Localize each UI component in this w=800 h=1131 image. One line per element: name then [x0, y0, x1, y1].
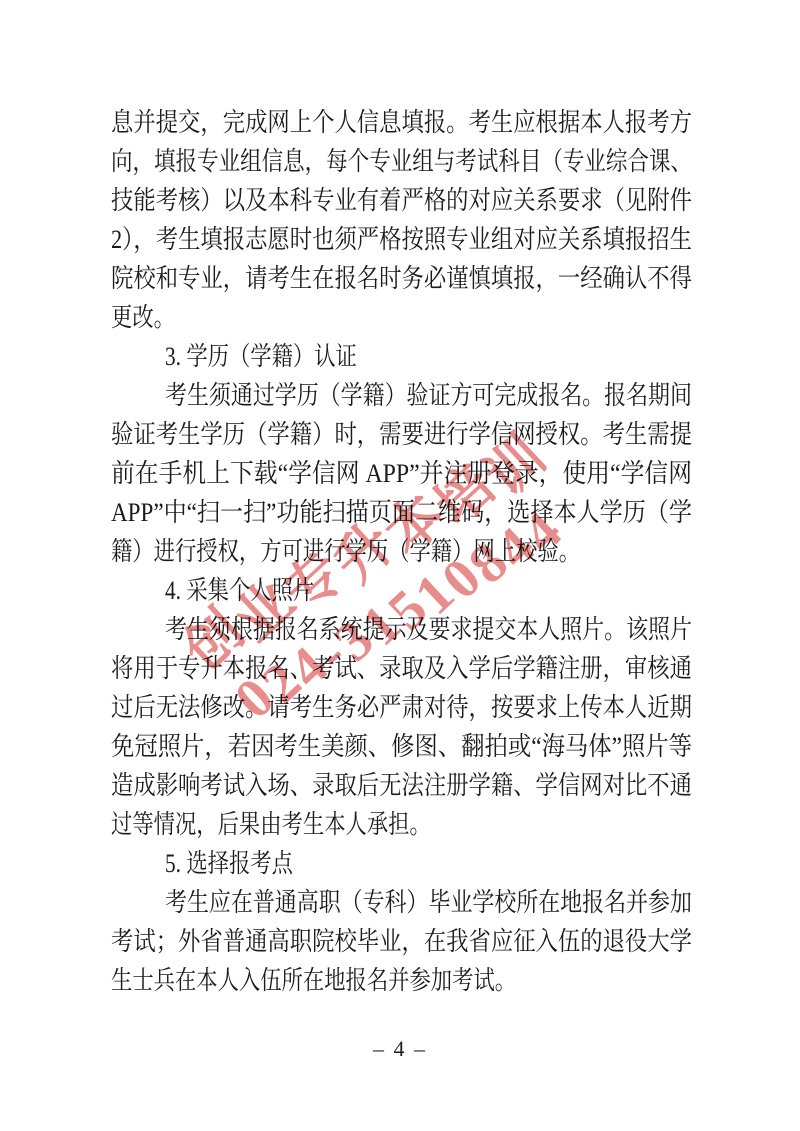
- body-text-line: 籍）进行授权，方可进行学历（学籍）网上校验。: [111, 532, 692, 571]
- line-text: 考试；外省普通高职院校毕业，在我省应征入伍的退役大学: [111, 922, 692, 961]
- body-text-line: 考生须通过学历（学籍）验证方可完成报名。报名期间: [111, 376, 692, 415]
- body-text-line: 过后无法修改。请考生务必严肃对待，按要求上传本人近期: [111, 688, 692, 727]
- section-heading-line: 5. 选择报考点: [111, 844, 692, 883]
- line-text: 考生应在普通高职（专科）毕业学校所在地报名并参加: [165, 883, 692, 922]
- line-text: 向，填报专业组信息，每个专业组与考试科目（专业综合课、: [111, 142, 692, 181]
- line-text: 籍）进行授权，方可进行学历（学籍）网上校验。: [111, 532, 580, 571]
- body-text-line: 考生须根据报名系统提示及要求提交本人照片。该照片: [111, 610, 692, 649]
- line-text: APP”中“扫一扫”功能扫描页面二维码，选择本人学历（学: [111, 493, 692, 532]
- line-text: 过后无法修改。请考生务必严肃对待，按要求上传本人近期: [111, 688, 692, 727]
- line-text: 生士兵在本人入伍所在地报名并参加考试。: [111, 961, 516, 1000]
- heading-text: 3. 学历（学籍）认证: [165, 337, 357, 376]
- body-text-line: APP”中“扫一扫”功能扫描页面二维码，选择本人学历（学: [111, 493, 692, 532]
- body-text-line: 生士兵在本人入伍所在地报名并参加考试。: [111, 961, 692, 1000]
- body-text-line: 考生应在普通高职（专科）毕业学校所在地报名并参加: [111, 883, 692, 922]
- body-text-line: 造成影响考试入场、录取后无法注册学籍、学信网对比不通: [111, 766, 692, 805]
- body-text-line: 息并提交，完成网上个人信息填报。考生应根据本人报考方: [111, 103, 692, 142]
- body-text-line: 将用于专升本报名、考试、录取及入学后学籍注册，审核通: [111, 649, 692, 688]
- line-text: 过等情况，后果由考生本人承担。: [111, 805, 431, 844]
- body-text-line: 向，填报专业组信息，每个专业组与考试科目（专业综合课、: [111, 142, 692, 181]
- body-text-line: 院校和专业，请考生在报名时务必谨慎填报，一经确认不得: [111, 259, 692, 298]
- document-body: 息并提交，完成网上个人信息填报。考生应根据本人报考方 向，填报专业组信息，每个专…: [111, 103, 692, 1000]
- body-text-line: 免冠照片，若因考生美颜、修图、翻拍或“海马体”照片等: [111, 727, 692, 766]
- line-text: 考生须根据报名系统提示及要求提交本人照片。该照片: [165, 610, 692, 649]
- body-text-line: 验证考生学历（学籍）时，需要进行学信网授权。考生需提: [111, 415, 692, 454]
- line-text: 免冠照片，若因考生美颜、修图、翻拍或“海马体”照片等: [111, 727, 692, 766]
- heading-text: 5. 选择报考点: [165, 844, 293, 883]
- document-page: 息并提交，完成网上个人信息填报。考生应根据本人报考方 向，填报专业组信息，每个专…: [0, 0, 800, 1131]
- line-text: 验证考生学历（学籍）时，需要进行学信网授权。考生需提: [111, 415, 692, 454]
- line-text: 将用于专升本报名、考试、录取及入学后学籍注册，审核通: [111, 649, 692, 688]
- line-text: 考生须通过学历（学籍）验证方可完成报名。报名期间: [165, 376, 692, 415]
- page-number: – 4 –: [0, 1036, 800, 1062]
- body-text-line: 过等情况，后果由考生本人承担。: [111, 805, 692, 844]
- body-text-line: 2），考生填报志愿时也须严格按照专业组对应关系填报招生: [111, 220, 692, 259]
- line-text: 院校和专业，请考生在报名时务必谨慎填报，一经确认不得: [111, 259, 692, 298]
- line-text: 2），考生填报志愿时也须严格按照专业组对应关系填报招生: [111, 220, 692, 259]
- section-heading-line: 4. 采集个人照片: [111, 571, 692, 610]
- line-text: 前在手机上下载“学信网 APP”并注册登录，使用“学信网: [111, 454, 692, 493]
- line-text: 息并提交，完成网上个人信息填报。考生应根据本人报考方: [111, 103, 692, 142]
- section-heading-line: 3. 学历（学籍）认证: [111, 337, 692, 376]
- heading-text: 4. 采集个人照片: [165, 571, 314, 610]
- body-text-line: 前在手机上下载“学信网 APP”并注册登录，使用“学信网: [111, 454, 692, 493]
- line-text: 技能考核）以及本科专业有着严格的对应关系要求（见附件: [111, 181, 692, 220]
- line-text: 更改。: [111, 298, 175, 337]
- body-text-line: 技能考核）以及本科专业有着严格的对应关系要求（见附件: [111, 181, 692, 220]
- body-text-line: 考试；外省普通高职院校毕业，在我省应征入伍的退役大学: [111, 922, 692, 961]
- body-text-line: 更改。: [111, 298, 692, 337]
- line-text: 造成影响考试入场、录取后无法注册学籍、学信网对比不通: [111, 766, 692, 805]
